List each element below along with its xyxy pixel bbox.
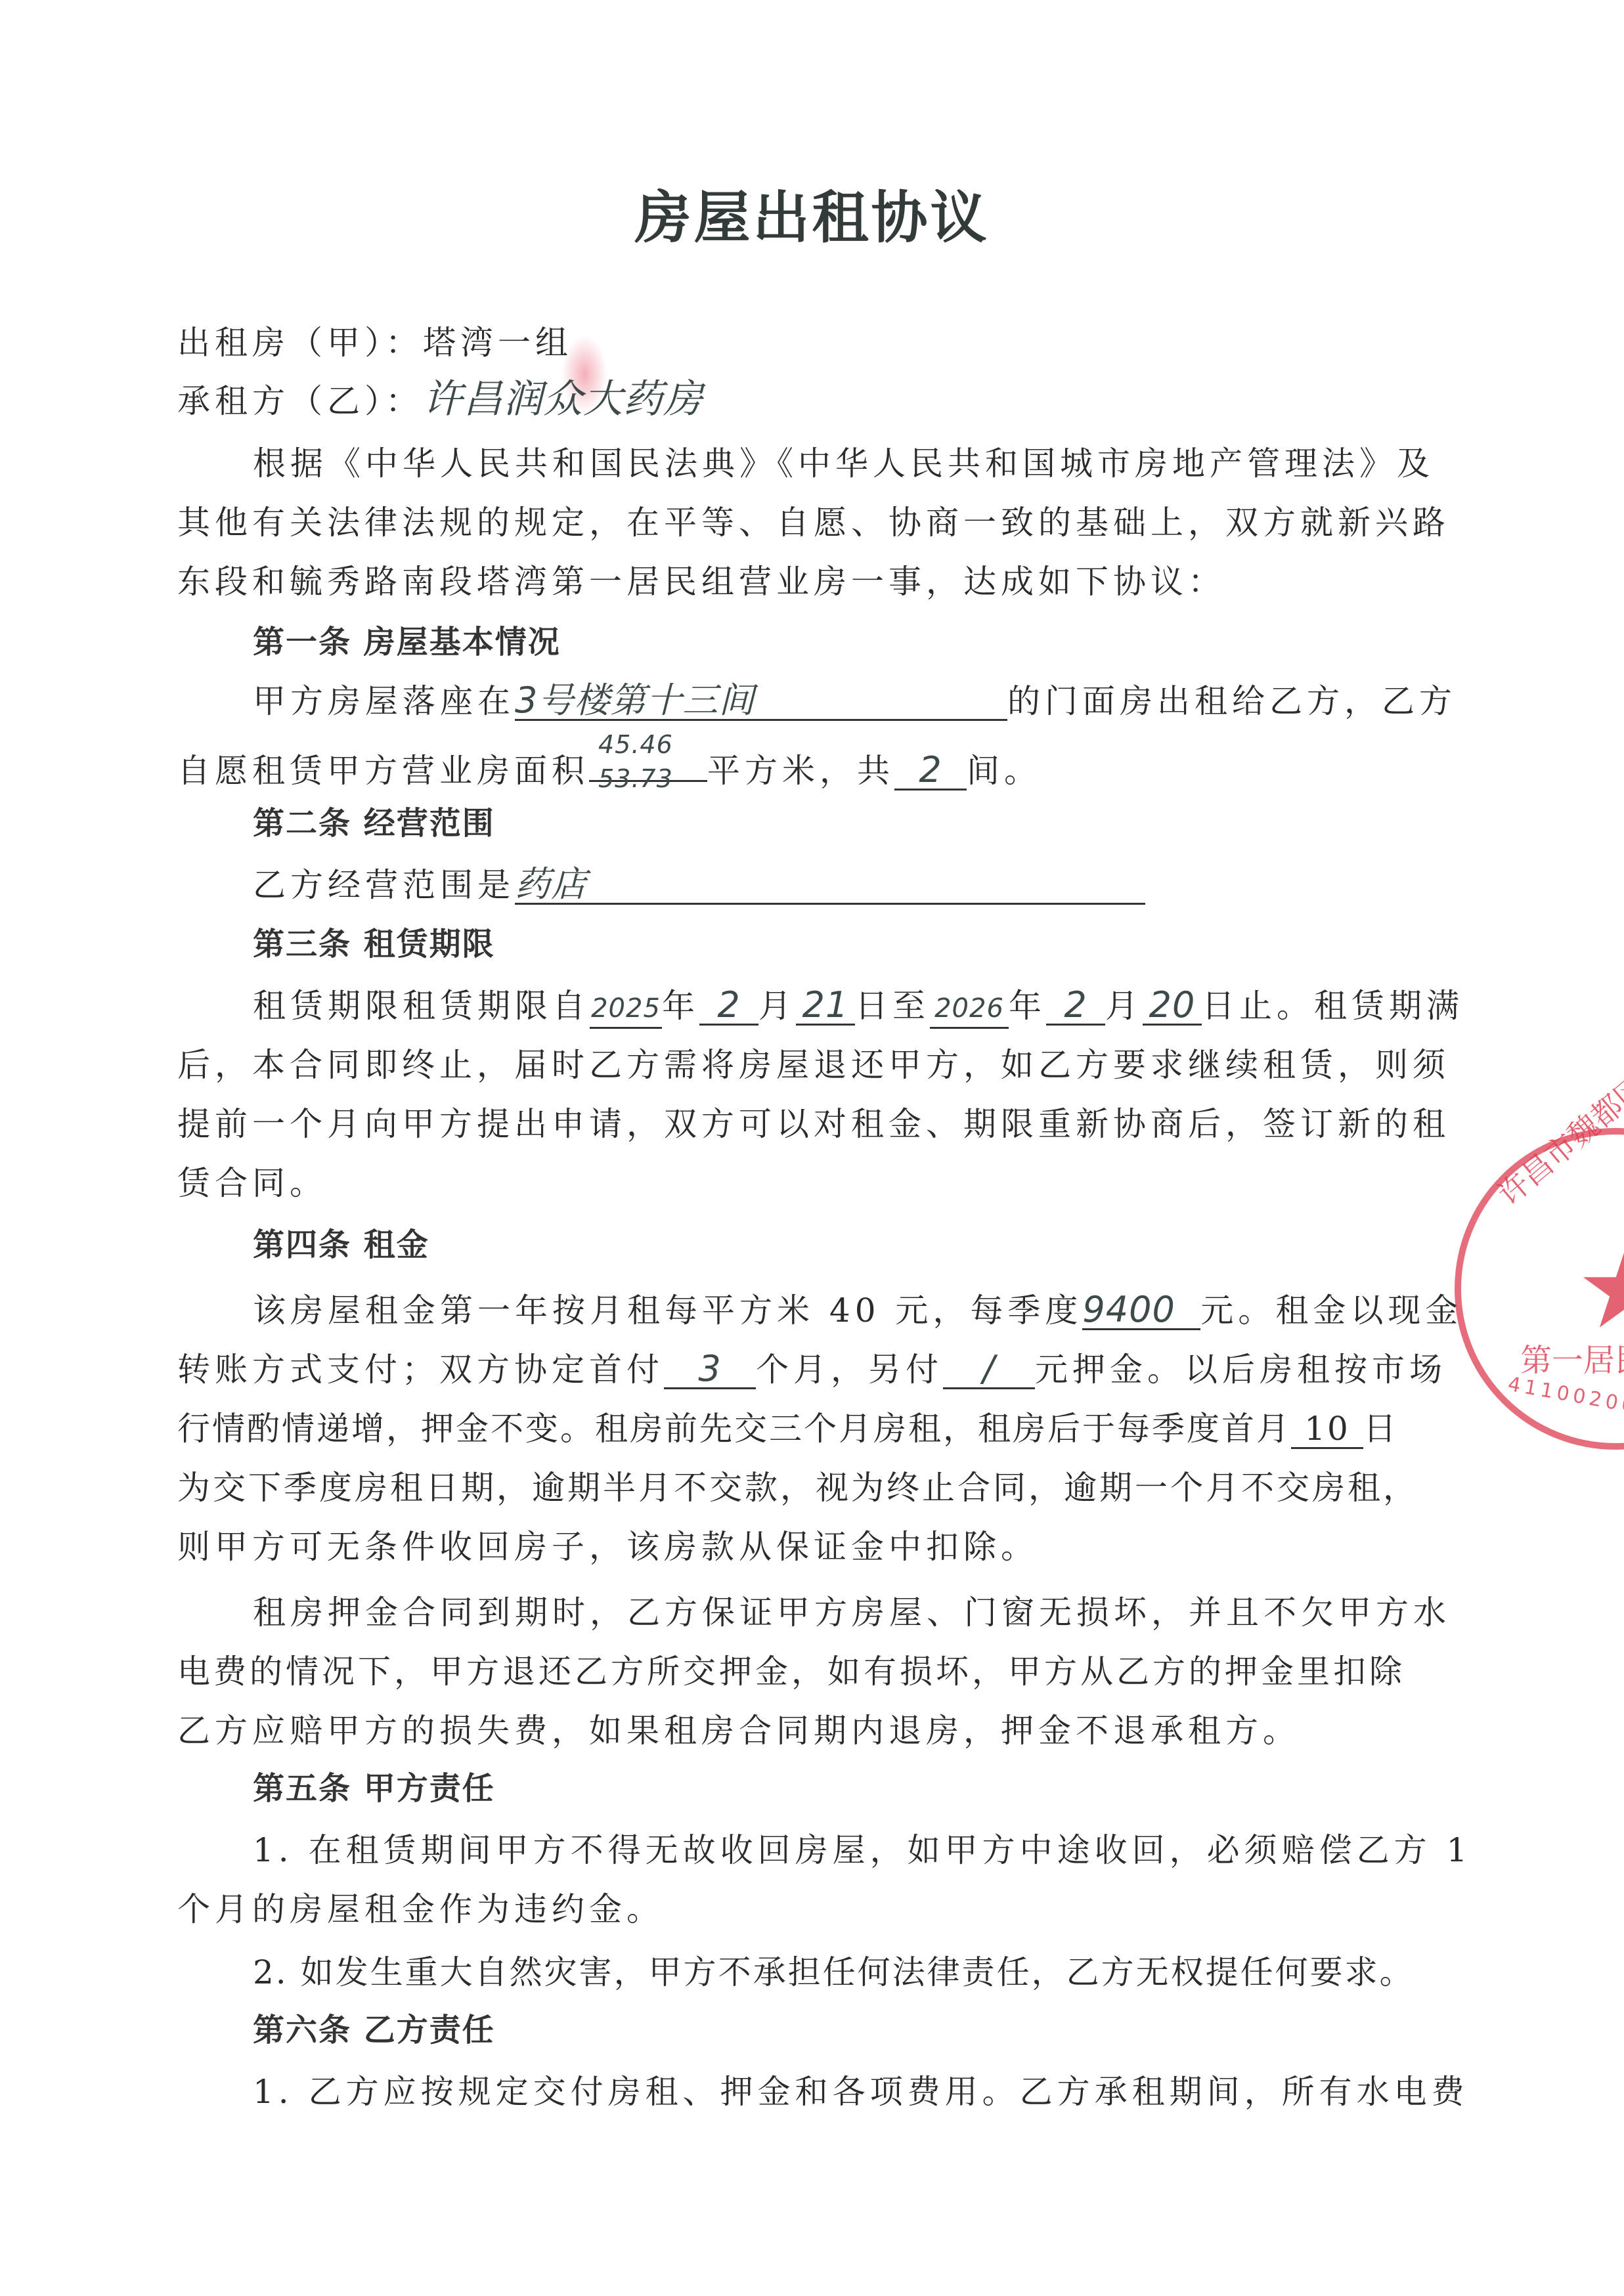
article-4-text: 个月，另付 — [756, 1351, 943, 1389]
article-6-heading: 第六条 乙方责任 — [253, 2010, 1540, 2050]
first-payment-months-field: 3 — [664, 1351, 756, 1389]
article-5-item-1: 1. 在租赁期间甲方不得无故收回房屋，如甲方中途收回，必须赔偿乙方 1 — [253, 1830, 1540, 1870]
lessor-label: 出租房（甲）： — [177, 324, 423, 362]
article-4-para2-line-2: 电费的情况下，甲方退还乙方所交押金，如有损坏，甲方从乙方的押金里扣除 — [177, 1652, 1464, 1691]
preamble-line-1: 根据《中华人民共和国民法典》《中华人民共和国城市房地产管理法》及 — [253, 444, 1540, 483]
document-title: 房屋出租协议 — [0, 172, 1624, 253]
due-day-field: 10 — [1291, 1410, 1363, 1449]
article-1-text: 平方米，共 — [707, 752, 894, 790]
end-month-field: 2 — [1046, 987, 1105, 1026]
article-2-text: 乙方经营范围是 — [253, 866, 515, 904]
area-field: 45.4653.73 — [589, 741, 707, 782]
deposit-field: / — [943, 1351, 1035, 1389]
business-scope-field: 药店 — [515, 866, 1145, 905]
article-4-heading: 第四条 租金 — [253, 1225, 1540, 1265]
article-4-text: 元。租金以现金 — [1200, 1291, 1462, 1330]
article-4-text: 行情酌情递增，押金不变。租房前先交三个月房租，租房后于每季度首月 — [177, 1410, 1291, 1448]
room-count-field: 2 — [894, 752, 967, 791]
preamble-line-3: 东段和毓秀路南段塔湾第一居民组营业房一事，达成如下协议： — [177, 562, 1464, 601]
article-4-text: 该房屋租金第一年按月租每平方米 40 元，每季度 — [253, 1291, 1082, 1330]
article-3-line-3: 提前一个月向甲方提出申请，双方可以对租金、期限重新协商后，签订新的租 — [177, 1104, 1464, 1144]
article-3-text: 租赁期限租赁期限自 — [253, 987, 590, 1025]
article-1-text: 间。 — [967, 752, 1042, 790]
article-1-line-2: 自愿租赁甲方营业房面积45.4653.73平方米，共2间。 — [177, 741, 1464, 791]
article-1-line-1: 甲方房屋落座在3号楼第十三间的门面房出租给乙方，乙方 — [253, 682, 1540, 721]
end-day-field: 20 — [1143, 987, 1202, 1026]
article-4-line-4: 为交下季度房租日期，逾期半月不交款，视为终止合同，逾期一个月不交房租， — [177, 1468, 1464, 1507]
article-3-line-2: 后，本合同即终止，届时乙方需将房屋退还甲方，如乙方要求继续租赁，则须 — [177, 1045, 1464, 1085]
article-1-text: 自愿租赁甲方营业房面积 — [177, 752, 589, 790]
preamble-line-2: 其他有关法律法规的规定，在平等、自愿、协商一致的基础上，双方就新兴路 — [177, 503, 1464, 542]
lessee-label: 承租方（乙）： — [177, 382, 423, 420]
article-5-heading: 第五条 甲方责任 — [253, 1769, 1540, 1808]
start-month-field: 2 — [699, 987, 758, 1026]
article-4-para2-line-3: 乙方应赔甲方的损失费，如果租房合同期内退房，押金不退承租方。 — [177, 1711, 1464, 1750]
lessor-name: 塔湾一组 — [423, 324, 573, 362]
article-1-text: 的门面房出租给乙方，乙方 — [1007, 682, 1457, 720]
start-day-field: 21 — [796, 987, 855, 1026]
article-5-item-2: 2. 如发生重大自然灾害，甲方不承担任何法律责任，乙方无权提任何要求。 — [253, 1953, 1540, 1992]
lessee-line: 承租方（乙）：许昌润众大药房 — [177, 379, 1464, 421]
seal-star-icon: ★ — [1576, 1233, 1624, 1345]
article-4-text: 日 — [1363, 1410, 1398, 1448]
article-6-item-1: 1. 乙方应按规定交付房租、押金和各项费用。乙方承租期间，所有水电费 — [253, 2072, 1540, 2112]
seal-bottom-text: 第一居民 — [1520, 1335, 1624, 1380]
start-year-field: 2025 — [590, 990, 662, 1029]
quarterly-rent-field: 9400 — [1082, 1291, 1200, 1330]
official-seal: 许昌市魏都区文峰街道办 ★ 第一居民 41100200 — [1455, 1128, 1624, 1450]
article-1-text: 甲方房屋落座在 — [253, 682, 515, 720]
article-2-line: 乙方经营范围是药店 — [253, 865, 1540, 905]
article-4-line-2: 转账方式支付；双方协定首付3个月，另付/元押金。以后房租按市场 — [177, 1350, 1464, 1389]
article-4-para2-line-1: 租房押金合同到期时，乙方保证甲方房屋、门窗无损坏，并且不欠甲方水 — [253, 1593, 1540, 1632]
location-field: 3号楼第十三间 — [515, 682, 1007, 721]
lessor-line: 出租房（甲）：塔湾一组 — [177, 323, 1464, 362]
article-5-item-1-cont: 个月的房屋租金作为违约金。 — [177, 1890, 1464, 1929]
article-4-line-3: 行情酌情递增，押金不变。租房前先交三个月房租，租房后于每季度首月10日 — [177, 1409, 1464, 1449]
end-year-field: 2026 — [930, 990, 1009, 1029]
article-4-line-1: 该房屋租金第一年按月租每平方米 40 元，每季度9400元。租金以现金 — [253, 1291, 1540, 1330]
article-3-date-line: 租赁期限租赁期限自2025年2月21日至2026年2月20日止。租赁期满 — [253, 986, 1540, 1029]
lessee-name-handwritten: 许昌润众大药房 — [423, 376, 703, 422]
article-3-heading: 第三条 租赁期限 — [253, 924, 1540, 964]
article-4-text: 转账方式支付；双方协定首付 — [177, 1351, 664, 1389]
article-2-heading: 第二条 经营范围 — [253, 804, 1540, 843]
article-1-heading: 第一条 房屋基本情况 — [253, 622, 1540, 662]
article-3-line-4: 赁合同。 — [177, 1163, 1464, 1203]
article-4-text: 元押金。以后房租按市场 — [1035, 1351, 1447, 1389]
article-4-line-5: 则甲方可无条件收回房子，该房款从保证金中扣除。 — [177, 1527, 1464, 1567]
